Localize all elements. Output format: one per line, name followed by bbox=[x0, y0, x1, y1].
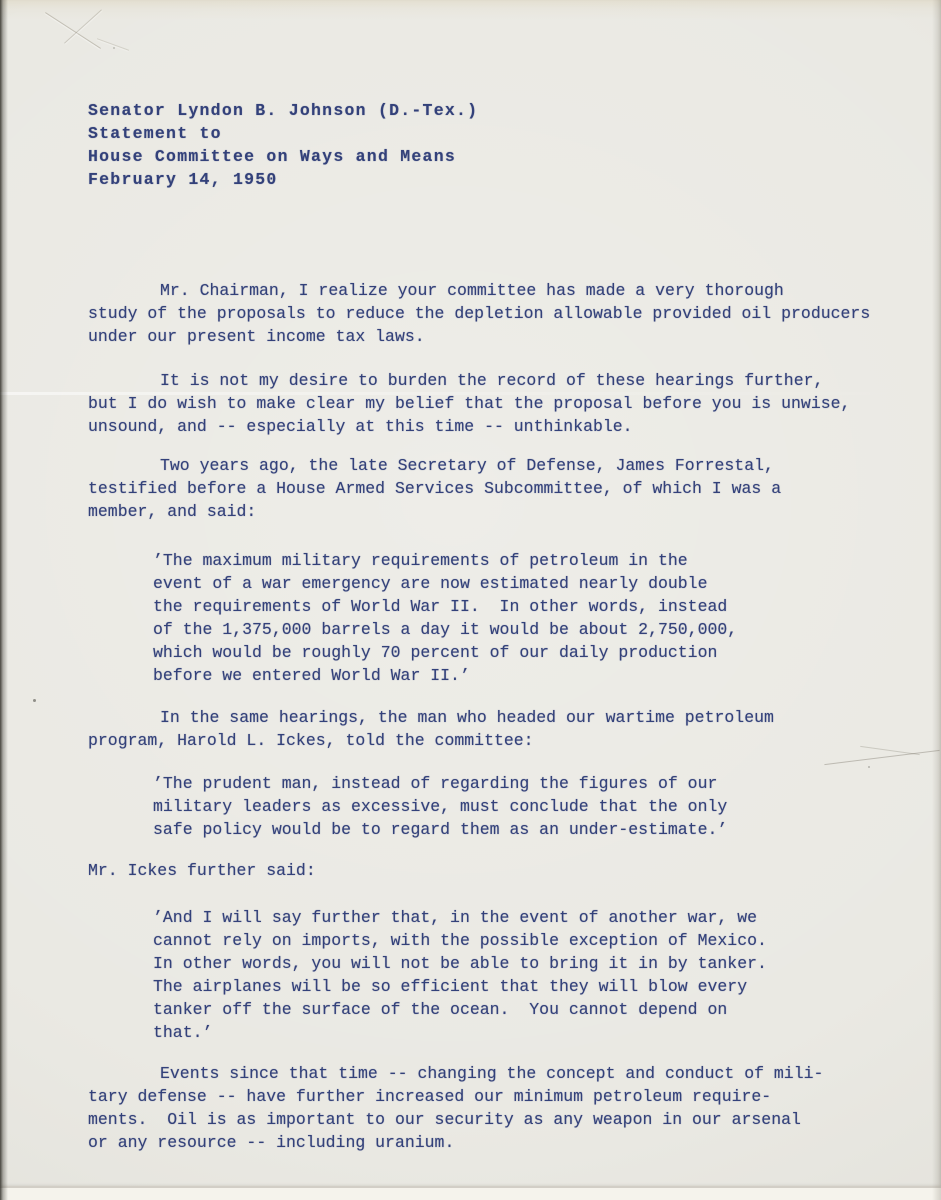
text-line: tary defense -- have further increased o… bbox=[88, 1085, 823, 1108]
paper-sheet: Senator Lyndon B. Johnson (D.-Tex.)State… bbox=[0, 0, 941, 1188]
text-line: ’The prudent man, instead of regarding t… bbox=[153, 772, 727, 795]
text-line: Mr. Ickes further said: bbox=[88, 859, 316, 882]
text-line: of the 1,375,000 barrels a day it would … bbox=[153, 618, 737, 641]
text-line: Statement to bbox=[88, 122, 478, 145]
paper-speck bbox=[868, 766, 870, 768]
text-line: cannot rely on imports, with the possibl… bbox=[153, 929, 767, 952]
text-line: but I do wish to make clear my belief th… bbox=[88, 392, 850, 415]
text-line: study of the proposals to reduce the dep… bbox=[88, 302, 870, 325]
text-line: which would be roughly 70 percent of our… bbox=[153, 641, 737, 664]
quote-ickes-imports: ’And I will say further that, in the eve… bbox=[153, 906, 767, 1044]
text-line: event of a war emergency are now estimat… bbox=[153, 572, 737, 595]
text-line: that.’ bbox=[153, 1021, 767, 1044]
quote-forrestal: ’The maximum military requirements of pe… bbox=[153, 549, 737, 687]
text-line: the requirements of World War II. In oth… bbox=[153, 595, 737, 618]
text-line: safe policy would be to regard them as a… bbox=[153, 818, 727, 841]
paragraph-events: Events since that time -- changing the c… bbox=[88, 1062, 823, 1154]
text-line: military leaders as excessive, must conc… bbox=[153, 795, 727, 818]
crease-mark bbox=[824, 750, 939, 765]
paragraph-ickes-intro: In the same hearings, the man who headed… bbox=[88, 706, 774, 752]
quote-ickes-prudent: ’The prudent man, instead of regarding t… bbox=[153, 772, 727, 841]
statement-header: Senator Lyndon B. Johnson (D.-Tex.)State… bbox=[88, 99, 478, 191]
text-line: tanker off the surface of the ocean. You… bbox=[153, 998, 767, 1021]
paper-speck bbox=[33, 699, 36, 702]
text-line: February 14, 1950 bbox=[88, 168, 478, 191]
paper-speck bbox=[113, 47, 115, 49]
text-line: Two years ago, the late Secretary of Def… bbox=[88, 454, 781, 477]
text-line: testified before a House Armed Services … bbox=[88, 477, 781, 500]
paragraph-chairman: Mr. Chairman, I realize your committee h… bbox=[88, 279, 870, 348]
text-line: Mr. Chairman, I realize your committee h… bbox=[88, 279, 870, 302]
text-line: Senator Lyndon B. Johnson (D.-Tex.) bbox=[88, 99, 478, 122]
text-line: ments. Oil is as important to our securi… bbox=[88, 1108, 823, 1131]
text-line: House Committee on Ways and Means bbox=[88, 145, 478, 168]
scan-right-edge bbox=[932, 0, 941, 1200]
text-line: ’And I will say further that, in the eve… bbox=[153, 906, 767, 929]
text-line: before we entered World War II.’ bbox=[153, 664, 737, 687]
paragraph-desire: It is not my desire to burden the record… bbox=[88, 369, 850, 438]
line-ickes-further: Mr. Ickes further said: bbox=[88, 859, 316, 882]
scan-bottom-edge bbox=[0, 1186, 941, 1200]
scanned-document-page: Senator Lyndon B. Johnson (D.-Tex.)State… bbox=[0, 0, 941, 1200]
text-line: ’The maximum military requirements of pe… bbox=[153, 549, 737, 572]
text-line: The airplanes will be so efficient that … bbox=[153, 975, 767, 998]
text-line: under our present income tax laws. bbox=[88, 325, 870, 348]
text-line: In the same hearings, the man who headed… bbox=[88, 706, 774, 729]
text-line: member, and said: bbox=[88, 500, 781, 523]
scan-left-edge bbox=[0, 0, 8, 1200]
text-line: In other words, you will not be able to … bbox=[153, 952, 767, 975]
text-line: program, Harold L. Ickes, told the commi… bbox=[88, 729, 774, 752]
paragraph-forrestal: Two years ago, the late Secretary of Def… bbox=[88, 454, 781, 523]
text-line: It is not my desire to burden the record… bbox=[88, 369, 850, 392]
crease-mark bbox=[860, 746, 920, 755]
text-line: unsound, and -- especially at this time … bbox=[88, 415, 850, 438]
text-line: Events since that time -- changing the c… bbox=[88, 1062, 823, 1085]
text-line: or any resource -- including uranium. bbox=[88, 1131, 823, 1154]
